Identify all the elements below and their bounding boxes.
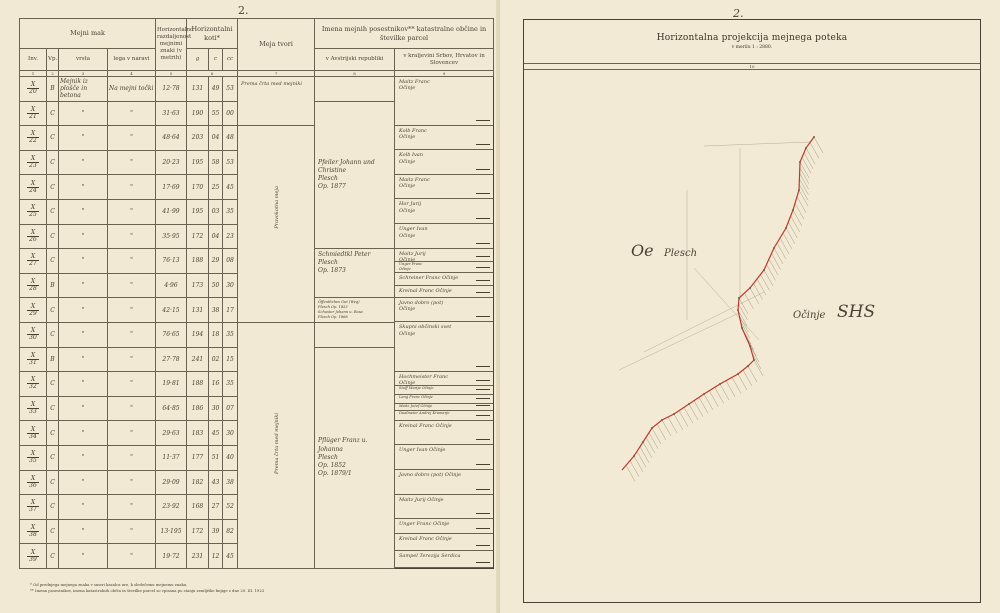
owner-shs: Unger Franc Očinje [395, 262, 493, 273]
owner-shs: Kreinal Franc Očinje [395, 421, 493, 446]
marker-location: " [108, 396, 156, 421]
angle-degrees: 173 [187, 273, 209, 298]
angle-degrees: 186 [187, 396, 209, 421]
marker-type: C [47, 126, 59, 151]
marker-kind: " [59, 495, 108, 520]
owners-shs-column: Maitz Franc OčinjeKolb Franc OčinjeKolb … [394, 77, 492, 569]
angle-seconds: 23 [223, 224, 238, 249]
angle-seconds: 35 [223, 199, 238, 224]
marker-location: " [108, 175, 156, 200]
marker-location: " [108, 470, 156, 495]
angle-seconds: 38 [223, 470, 238, 495]
angle-degrees: 177 [187, 445, 209, 470]
header-mejni-mak: Mejni mak [20, 19, 156, 49]
angle-seconds: 48 [223, 126, 238, 151]
marker-location: " [108, 544, 156, 569]
owner-shs: Hochmeister Franc Očinje [395, 372, 493, 387]
marker-type: C [47, 150, 59, 175]
angle-degrees: 188 [187, 249, 209, 274]
distance: 76·13 [156, 249, 187, 274]
inventory-number: X21 [20, 101, 47, 126]
owner-shs: Maitz Jurij Očinje [395, 249, 493, 263]
header-g: g [187, 49, 209, 71]
owner-shs: Sampel Terezija Serdica [395, 551, 493, 568]
inventory-number: X29 [20, 298, 47, 323]
owner-shs: Maitz Jurij Očinje [395, 495, 493, 520]
distance: 19·81 [156, 372, 187, 397]
inventory-number: X23 [20, 150, 47, 175]
marker-location: " [108, 249, 156, 274]
angle-degrees: 190 [187, 101, 209, 126]
marker-kind: " [59, 101, 108, 126]
dash-mark [476, 439, 490, 440]
dash-mark [476, 562, 490, 563]
owner-shs: Unger Ivan Očinje [395, 224, 493, 249]
owner-shs: Kreinal Franc Očinje [395, 286, 493, 298]
dash-mark [476, 218, 490, 219]
inventory-number: X39 [20, 544, 47, 569]
label-oe: Oe [631, 241, 654, 260]
angle-seconds: 35 [223, 322, 238, 347]
projection-scale: v merilu 1 : 2880. [524, 45, 980, 50]
angle-minutes: 03 [209, 199, 223, 224]
angle-minutes: 38 [209, 298, 223, 323]
inventory-number: X32 [20, 372, 47, 397]
dash-mark [476, 513, 490, 514]
angle-minutes: 58 [209, 150, 223, 175]
angle-seconds: 30 [223, 421, 238, 446]
distance: 11·37 [156, 445, 187, 470]
owner-austria: Schmiedtkl Peter Plesch Op. 1873 [315, 249, 395, 298]
marker-type: C [47, 322, 59, 347]
marker-location: " [108, 421, 156, 446]
owner-shs: Javno dobro (pot) Očinje [395, 470, 493, 495]
marker-kind: " [59, 445, 108, 470]
header-cc: cc [223, 49, 238, 71]
footnotes: * Od prednjega mejnega znaka v smeri kaz… [30, 582, 264, 593]
distance: 29·63 [156, 421, 187, 446]
angle-minutes: 49 [209, 77, 223, 102]
boundary-map: Oe Plesch Očinje SHS [524, 70, 980, 600]
marker-kind: " [59, 199, 108, 224]
dash-mark [476, 366, 490, 367]
header-horizontal-distance: Horizontalno razdaljenost mejnimi znaki … [156, 19, 187, 71]
angle-seconds: 00 [223, 101, 238, 126]
distance: 4·96 [156, 273, 187, 298]
owner-shs: Kreinal Franc Očinje [395, 534, 493, 551]
boundary-type-vertical: Prema črta med mejniki [238, 322, 315, 568]
dash-mark [476, 398, 490, 399]
angle-degrees: 183 [187, 421, 209, 446]
distance: 35·95 [156, 224, 187, 249]
dash-mark [476, 292, 490, 293]
marker-location: " [108, 322, 156, 347]
inventory-number: X26 [20, 224, 47, 249]
inventory-number: X25 [20, 199, 47, 224]
dash-mark [476, 256, 490, 257]
owner-shs: Stoff Marija Očinje [395, 386, 493, 395]
angle-seconds: 53 [223, 150, 238, 175]
dash-mark [476, 316, 490, 317]
angle-minutes: 43 [209, 470, 223, 495]
angle-seconds: 45 [223, 544, 238, 569]
marker-kind: " [59, 347, 108, 372]
marker-type: C [47, 175, 59, 200]
angle-seconds: 30 [223, 273, 238, 298]
angle-degrees: 131 [187, 77, 209, 102]
dash-mark [476, 193, 490, 194]
owner-shs: Skupni občinski svet Očinje [395, 322, 493, 371]
dash-mark [476, 243, 490, 244]
distance: 29·09 [156, 470, 187, 495]
owner-shs: Javno dobro (pot) Očinje [395, 298, 493, 323]
angle-minutes: 18 [209, 322, 223, 347]
marker-kind: " [59, 322, 108, 347]
header-lega: lega v naravi [108, 49, 156, 71]
distance: 27·78 [156, 347, 187, 372]
dash-mark [476, 545, 490, 546]
label-ocinje: Očinje [793, 310, 825, 321]
distance: 23·92 [156, 495, 187, 520]
inventory-number: X34 [20, 421, 47, 446]
inventory-number: X27 [20, 249, 47, 274]
angle-minutes: 16 [209, 372, 223, 397]
marker-location: " [108, 495, 156, 520]
angle-minutes: 27 [209, 495, 223, 520]
distance: 41·99 [156, 199, 187, 224]
owner-austria: Öffentliches Gut (Weg) Plesch Op. 1853 S… [315, 298, 395, 323]
marker-location: " [108, 199, 156, 224]
angle-minutes: 25 [209, 175, 223, 200]
marker-type: C [47, 298, 59, 323]
marker-location: Na mejni točki [108, 77, 156, 102]
footnote-2: ** Imena posestnikov, imena katastralnih… [30, 588, 264, 594]
marker-location: " [108, 445, 156, 470]
distance: 31·63 [156, 101, 187, 126]
marker-location: " [108, 372, 156, 397]
owner-shs: Maitz Franc Očinje [395, 175, 493, 200]
angle-degrees: 231 [187, 544, 209, 569]
angle-minutes: 29 [209, 249, 223, 274]
owner-shs: Lang Franc Očinje [395, 395, 493, 404]
dash-mark [476, 380, 490, 381]
owner-shs: Unger Ivan Očinje [395, 445, 493, 470]
inventory-number: X33 [20, 396, 47, 421]
marker-type: C [47, 495, 59, 520]
dash-mark [476, 489, 490, 490]
inventory-number: X24 [20, 175, 47, 200]
angle-seconds: 07 [223, 396, 238, 421]
angle-minutes: 12 [209, 544, 223, 569]
dash-mark [476, 280, 490, 281]
marker-kind: " [59, 224, 108, 249]
boundary-line-drawing [524, 70, 980, 600]
angle-minutes: 55 [209, 101, 223, 126]
marker-kind: " [59, 298, 108, 323]
marker-type: C [47, 224, 59, 249]
distance: 17·69 [156, 175, 187, 200]
angle-minutes: 39 [209, 519, 223, 544]
marker-type: B [47, 77, 59, 102]
marker-kind: " [59, 470, 108, 495]
inventory-number: X35 [20, 445, 47, 470]
owner-shs: Schreiner Franc Očinje [395, 273, 493, 285]
marker-type: C [47, 249, 59, 274]
inventory-number: X28 [20, 273, 47, 298]
distance: 42·15 [156, 298, 187, 323]
angle-degrees: 168 [187, 495, 209, 520]
dash-mark [476, 464, 490, 465]
marker-type: C [47, 199, 59, 224]
distance: 13·195 [156, 519, 187, 544]
marker-type: C [47, 519, 59, 544]
marker-kind: " [59, 519, 108, 544]
angle-minutes: 02 [209, 347, 223, 372]
projection-header: Horizontalna projekcija mejnega poteka v… [524, 20, 980, 64]
owner-shs: Hor Jurij Očinje [395, 199, 493, 224]
marker-kind: Mejnik iz plošče in betona [59, 77, 108, 102]
angle-minutes: 30 [209, 396, 223, 421]
inventory-number: X20 [20, 77, 47, 102]
marker-type: C [47, 101, 59, 126]
marker-type: C [47, 372, 59, 397]
projection-frame: Horizontalna projekcija mejnega poteka v… [523, 19, 981, 603]
angle-minutes: 04 [209, 224, 223, 249]
marker-type: C [47, 396, 59, 421]
marker-location: " [108, 101, 156, 126]
angle-seconds: 53 [223, 77, 238, 102]
marker-kind: " [59, 126, 108, 151]
distance: 76·65 [156, 322, 187, 347]
marker-kind: " [59, 273, 108, 298]
owner-austria: Pflüger Franz u. Johanna Plesch Op. 1852… [315, 347, 395, 568]
marker-location: " [108, 150, 156, 175]
header-vp: Vp. [47, 49, 59, 71]
marker-kind: " [59, 396, 108, 421]
boundary-type-vertical: Pravokotna meja [238, 126, 315, 323]
dash-mark [476, 169, 490, 170]
inventory-number: X37 [20, 495, 47, 520]
label-plesch: Plesch [664, 248, 697, 259]
page-number: 2. [238, 4, 249, 17]
marker-kind: " [59, 175, 108, 200]
angle-minutes: 50 [209, 273, 223, 298]
owner-shs: Dualmeier Andrej Kramarje [395, 411, 493, 421]
angle-seconds: 52 [223, 495, 238, 520]
header-owners-austria: v Avstrijski republiki [315, 49, 395, 71]
angle-seconds: 35 [223, 372, 238, 397]
inventory-number: X31 [20, 347, 47, 372]
angle-degrees: 170 [187, 175, 209, 200]
header-vrsta: vrsta [59, 49, 108, 71]
header-c: c [209, 49, 223, 71]
boundary-type: Prema črta med mejniki [238, 77, 315, 126]
owner-austria: Pfeiler Johann und Christine Plesch Op. … [315, 101, 395, 249]
inventory-number: X38 [20, 519, 47, 544]
marker-type: B [47, 273, 59, 298]
angle-minutes: 51 [209, 445, 223, 470]
marker-location: " [108, 224, 156, 249]
marker-type: B [47, 347, 59, 372]
marker-type: C [47, 544, 59, 569]
dash-mark [476, 267, 490, 268]
distance: 12·78 [156, 77, 187, 102]
distance: 20·23 [156, 150, 187, 175]
owner-shs: Unger Franc Očinje [395, 519, 493, 534]
angle-seconds: 15 [223, 347, 238, 372]
distance: 48·64 [156, 126, 187, 151]
angle-seconds: 08 [223, 249, 238, 274]
distance: 64·85 [156, 396, 187, 421]
marker-kind: " [59, 421, 108, 446]
owner-shs: Maitz Franc Očinje [395, 77, 493, 126]
header-owners: Imena mejnih posestnikov** katastralne o… [315, 19, 494, 49]
angle-degrees: 172 [187, 519, 209, 544]
angle-seconds: 17 [223, 298, 238, 323]
angle-degrees: 195 [187, 150, 209, 175]
marker-location: " [108, 298, 156, 323]
angle-degrees: 172 [187, 224, 209, 249]
dash-mark [476, 120, 490, 121]
angle-minutes: 04 [209, 126, 223, 151]
angle-degrees: 195 [187, 199, 209, 224]
angle-degrees: 188 [187, 372, 209, 397]
marker-kind: " [59, 249, 108, 274]
marker-type: C [47, 445, 59, 470]
angle-seconds: 82 [223, 519, 238, 544]
owner-shs: Kolb Ivan Očinje [395, 150, 493, 175]
header-horizontal-coordinates: Horizontalni koti* [187, 19, 238, 49]
distance: 19·72 [156, 544, 187, 569]
marker-location: " [108, 126, 156, 151]
header-inv: Inv. [20, 49, 47, 71]
header-owners-shs: v kraljevini Srbov, Hrvatov in Slovencev [395, 49, 494, 71]
marker-type: C [47, 421, 59, 446]
angle-seconds: 45 [223, 175, 238, 200]
marker-location: " [108, 347, 156, 372]
angle-degrees: 203 [187, 126, 209, 151]
inventory-number: X30 [20, 322, 47, 347]
angle-degrees: 131 [187, 298, 209, 323]
owner-shs: Kolb Franc Očinje [395, 126, 493, 151]
angle-minutes: 45 [209, 421, 223, 446]
inventory-number: X36 [20, 470, 47, 495]
marker-location: " [108, 519, 156, 544]
angle-degrees: 194 [187, 322, 209, 347]
marker-type: C [47, 470, 59, 495]
inventory-number: X22 [20, 126, 47, 151]
owner-shs: Maitz Jožef Očinje [395, 404, 493, 411]
header-meja-tvori: Meja tvori [238, 19, 315, 71]
marker-kind: " [59, 372, 108, 397]
dash-mark [476, 144, 490, 145]
dash-mark [476, 415, 490, 416]
dash-mark [476, 528, 490, 529]
marker-kind: " [59, 544, 108, 569]
dash-mark [476, 405, 490, 406]
label-shs: SHS [837, 302, 875, 322]
marker-location: " [108, 273, 156, 298]
angle-degrees: 241 [187, 347, 209, 372]
marker-kind: " [59, 150, 108, 175]
angle-degrees: 182 [187, 470, 209, 495]
dash-mark [476, 389, 490, 390]
angle-seconds: 40 [223, 445, 238, 470]
projection-title: Horizontalna projekcija mejnega poteka [524, 33, 980, 43]
